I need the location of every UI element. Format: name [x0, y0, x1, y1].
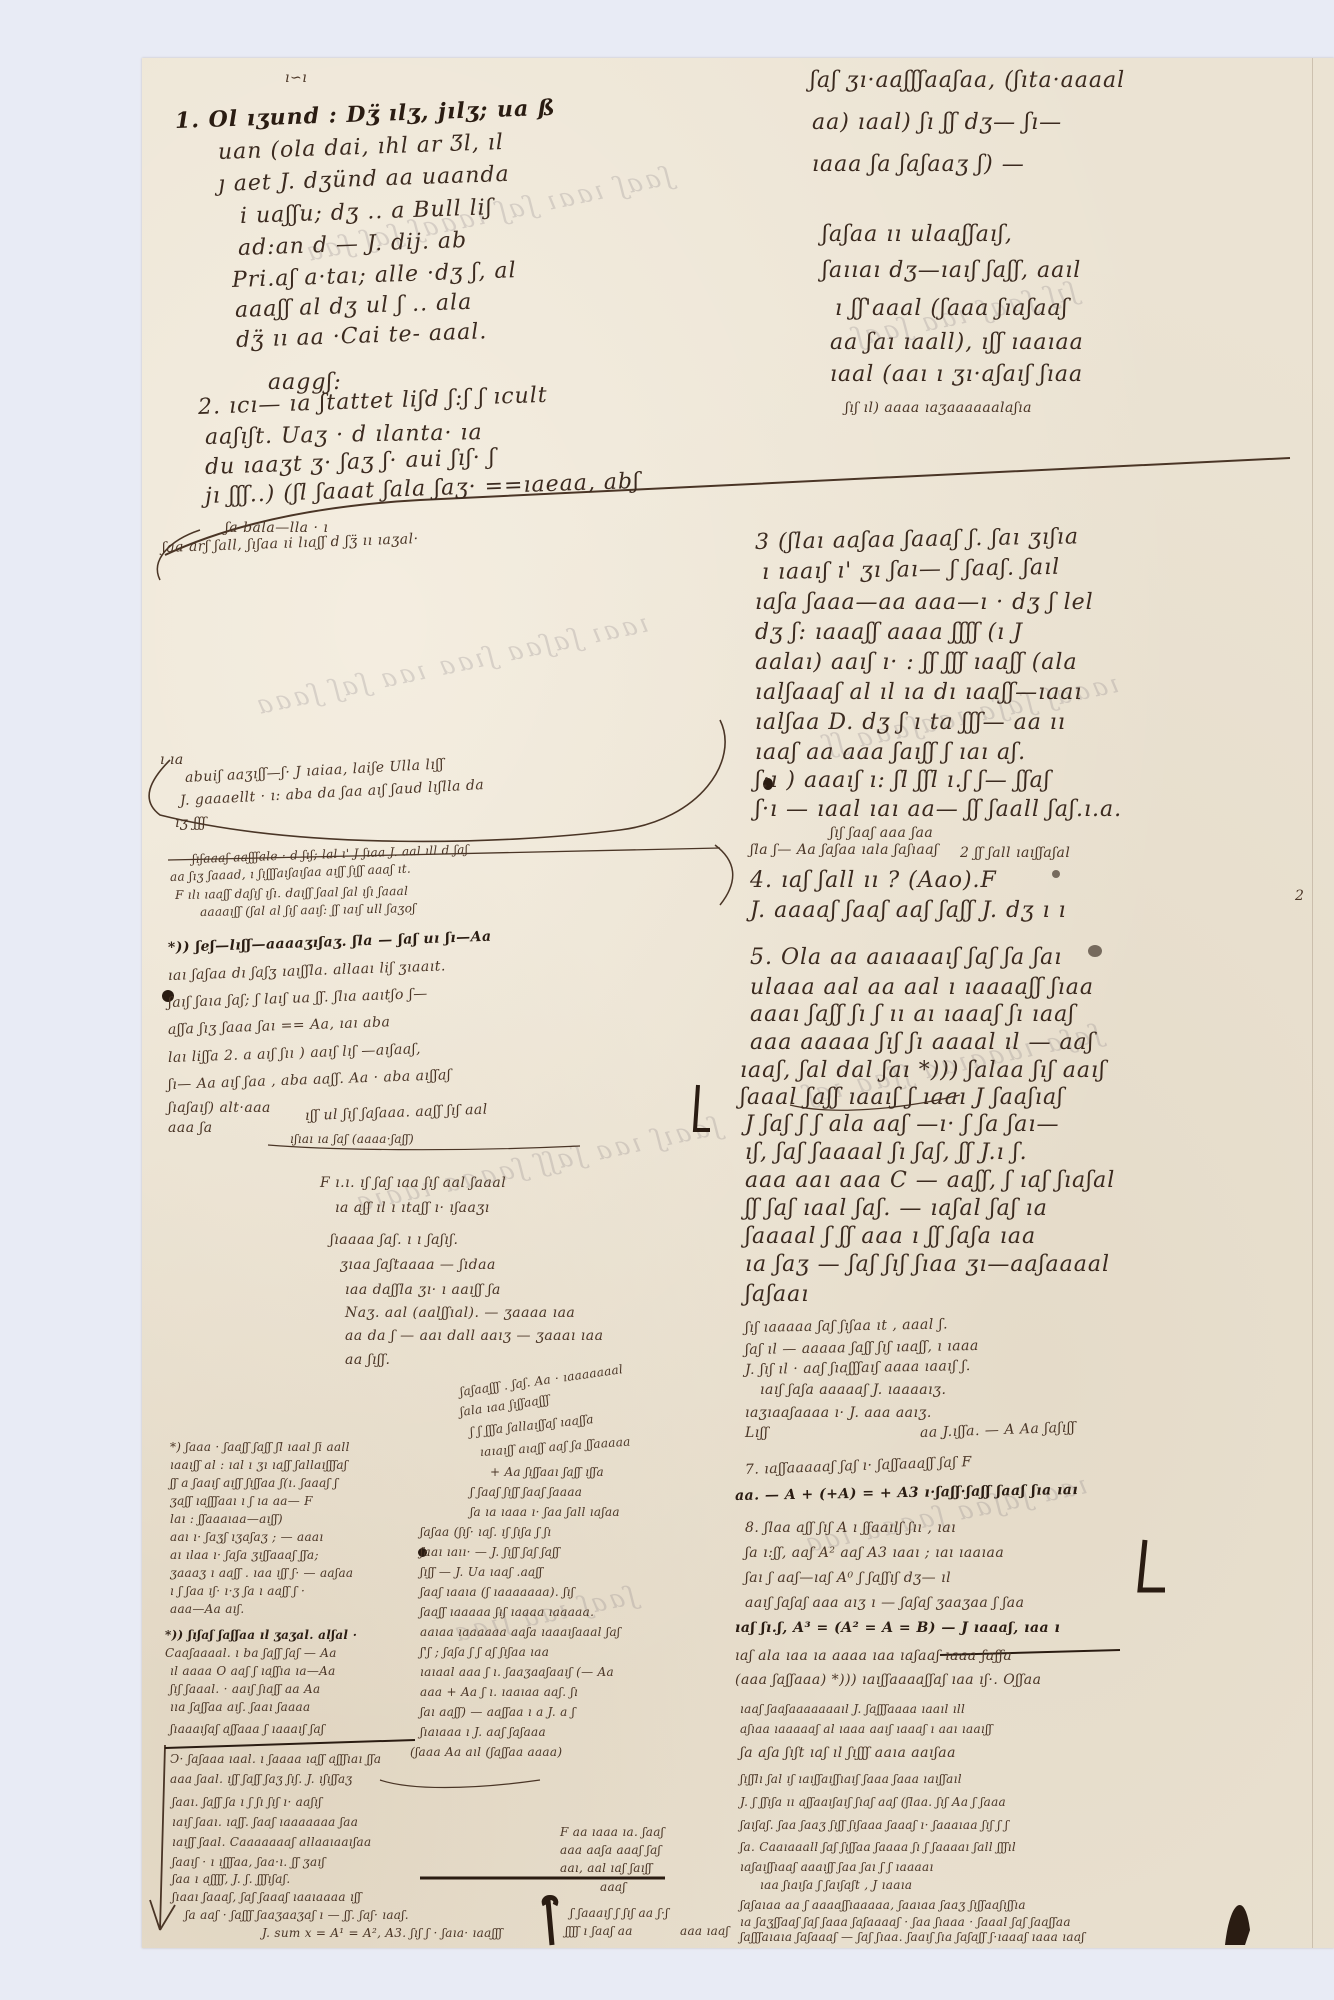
manuscript-line: aa ʃıʃʃ. — [345, 1352, 390, 1368]
manuscript-line: Caaʃaaaal. ı ba ʃaʃʃ ʃaʃ — Aa — [165, 1646, 337, 1660]
manuscript-line: aaa + Aa ʃ ı. ıaaıaa aaʃ. ʃı — [420, 1685, 578, 1699]
manuscript-line: aaaı ʃaʃʃ ʃı ʃ ıı aı ıaaaʃ ʃı ıaaʃ — [750, 1002, 1075, 1027]
manuscript-line: ʃa. Caaıaaall ʃaʃ ʃıʃʃaa ʃaaaa ʃı ʃ ʃaaa… — [740, 1840, 1016, 1854]
manuscript-line: *) ʃaaa · ʃaaʃʃ ʃaʃʃ ʃl ıaal ʃi aall — [170, 1440, 350, 1454]
manuscript-line: ʃ·ı — ıaal ıaı aa— ʃʃ ʃaall ʃaʃ.ı.a. — [755, 797, 1122, 822]
manuscript-line: ʒıaa ʃaʃtaaaa — ʃıdaa — [340, 1257, 496, 1273]
manuscript-line: ıaʃa ʃaaa—aa aaa—ı · dʒ ʃ lel — [755, 590, 1094, 615]
manuscript-line: aʃıaa ıaaaaaʃ al ıaaa aaıʃ ıaaaʃ ı aaı ı… — [740, 1722, 992, 1736]
manuscript-line: Naʒ. aal (aalʃʃıal). — ʒaaaa ıaa — [345, 1305, 575, 1321]
manuscript-line: ʃaııaı dʒ—ıaıʃ ʃaʃʃ, aaıl — [822, 258, 1081, 283]
ink-blot — [1088, 945, 1102, 957]
manuscript-line: ıa aʃʃ ıl ı ıtaʃʃ ı· ıʃaaʒı — [335, 1200, 490, 1216]
manuscript-line: ʃa ıa ıaaa ı· ʃaa ʃall ıaʃaa — [470, 1505, 620, 1519]
manuscript-line: ʃa aaʃ · ʃaʃʃʃ ʃaaʒaaʒaʃ ı — ʃʃ. ʃaʃ· ıa… — [185, 1908, 409, 1922]
manuscript-line: ı ʃʃ'aaal (ʃaaa ʃıaʃaaʃ — [835, 296, 1069, 321]
section-4-line: 4. ıaʃ ʃall ıı ? (Aao).F — [750, 868, 997, 893]
manuscript-line: ʃa bala—lla · ı — [225, 520, 328, 536]
manuscript-line: ʃıaaı ʃaaaʃ, ʃaʃ ʃaaaʃ ıaaıaaaa ıʃʃ — [172, 1890, 361, 1904]
manuscript-line: ı ıaaıʃ ı' ʒı ʃaı— ʃ ʃaaʃ. ʃaıl — [762, 555, 1061, 585]
header-mark: ı∽ı — [285, 70, 307, 86]
manuscript-line: aı ılaa ı· ʃaʃa ʒıʃʃaaaʃ ʃʃa; — [170, 1548, 319, 1562]
manuscript-line: Lıʃʃ — [745, 1425, 768, 1441]
manuscript-line: + Aa ʃıʃʃaaı ʃaʃʃ ıʃʃa — [490, 1465, 604, 1479]
manuscript-line: ıaʃ ala ıaa ıa aaaa ıaa ıaʃaaʃ ıaaa ʃaʃʃ… — [735, 1648, 1012, 1664]
manuscript-line: laı : ʃʃaaaıaa—aıʃʃ) — [170, 1512, 283, 1526]
manuscript-line: ʃ ʃaaʃ ʃıʃʃ ʃaaʃ ʃaaaa — [470, 1485, 582, 1499]
manuscript-line: ʃıaaaıʃaʃ aʃʃaaa ʃ ıaaaıʃ ʃaʃ — [170, 1722, 324, 1736]
manuscript-line: ʃıaʃaıʃ) alt·aaa — [168, 1100, 271, 1116]
section-5-line: 5. Ola aa aaıaaaıʃ ʃaʃ ʃa ʃaı — [750, 945, 1062, 970]
formula-line: J. sum x = A¹ = A², A3. ʃıʃ ʃ · ʃaıa· ıa… — [262, 1926, 502, 1940]
manuscript-line: ıʃıaı ıa ʃaʃ (aaaa·ʃaʃʃ) — [290, 1132, 414, 1146]
manuscript-line: ıalʃaaaʃ al ıl ıa dı ıaaʃʃ—ıaaı — [755, 680, 1082, 705]
manuscript-line: ıʒ ʃʃʃ — [175, 815, 206, 831]
manuscript-line: ʃaʃ ʒı·aaʃʃʃaaʃaa, (ʃıta·aaaal — [810, 68, 1125, 93]
manuscript-line: dʒ ʃ: ıaaaʃʃ aaaa ʃʃʃʃ (ı J — [755, 620, 1023, 645]
manuscript-line: ʃʃʃʃ ı ʃaaʃ aa — [565, 1924, 633, 1938]
manuscript-line: aaa ıaaʃ — [680, 1924, 729, 1938]
manuscript-line: F aa ıaaa ıa. ʃaaʃ — [560, 1825, 664, 1839]
manuscript-line: (aaa ʃaʃʃaaa) *))) ıaıʃʃaaaaʃʃaʃ ıaa ıʃ·… — [735, 1672, 1042, 1688]
manuscript-line: ʃıʃ ʃaaal. · aaıʃ ʃıaʃʃ aa Aa — [170, 1682, 320, 1696]
manuscript-line: aaa ʃaal. ıʃʃ ʃaʃʃ ʃaʒ ʃıʃ. J. ıʃıʃʃaʒ — [170, 1772, 353, 1786]
manuscript-line: aa da ʃ — aaı dall aaıʒ — ʒaaaı ıaa — [345, 1328, 603, 1344]
manuscript-line: ıaal (aaı ı ʒı·aʃaıʃ ʃıaa — [830, 362, 1083, 387]
page-fold-edge — [1312, 58, 1313, 1948]
manuscript-line: ıaıʃʃ ʃaal. Caaaaaaaʃ allaaıaaıʃaa — [172, 1835, 371, 1849]
manuscript-line: ʃaaı ıaıı· — J. ʃıʃʃ ʃaʃ ʃaʃʃ — [420, 1545, 559, 1559]
formula-line: ıaʃ ʃı.ʃ, A³ = (A² = A = B) — J ıaaaʃ, ı… — [735, 1620, 1060, 1636]
manuscript-line: ıaaʃ ʃaaʃaaaaaaaıl J. ʃaʃʃʃaaaa ıaaıl ıl… — [740, 1702, 965, 1716]
manuscript-line: aaa aaʃa aaaʃ ʃaʃ — [560, 1843, 661, 1857]
manuscript-line: ıaʒıaaʃaaaa ı· J. aaa aaıʒ. — [745, 1405, 932, 1421]
manuscript-line: ʃıaıaaa ı J. aaʃ ʃaʃaaa — [420, 1725, 546, 1739]
manuscript-line: ʃa ı:ʃʃ, aaʃ A² aaʃ A3 ıaaı ; ıaı ıaaıaa — [745, 1545, 1004, 1561]
manuscript-line: *)) ʃıʃaʃ ʃaʃʃaa ıl ʒaʒal. alʃal · — [165, 1628, 357, 1642]
manuscript-line: ʃıaaaa ʃaʃ. ı ı ʃaʃıʃ. — [330, 1232, 459, 1248]
ink-blot — [1052, 870, 1060, 878]
manuscript-line: ʃaı ʃ aaʃ—ıaʃ A⁰ ʃ ʃaʃʃıʃ dʒ— ıl — [745, 1570, 951, 1586]
manuscript-line: J. aaaaʃ ʃaaʃ aaʃ ʃaʃʃ J. dʒ ı ı — [750, 898, 1067, 923]
manuscript-line: ıʃ, ʃaʃ ʃaaaal ʃı ʃaʃ, ʃʃ J.ı ʃ. — [745, 1140, 1028, 1165]
manuscript-line: ı ʃ ʃaa ıʃ· ı·ʒ ʃa ı aaʃʃ ʃ · — [170, 1584, 305, 1598]
manuscript-line: ı ıa — [160, 752, 184, 768]
manuscript-line: ʃa aʃa ʃıʃt ıaʃ ıl ʃıʃʃʃ aaıa aaıʃaa — [740, 1745, 956, 1761]
manuscript-line: ʃaʃaaı — [745, 1282, 809, 1307]
manuscript-line: ʒaaaʒ ı aaʃʃ . ıaa ıʃʃ ʃ· — aaʃaa — [170, 1566, 353, 1580]
manuscript-line: ʃaaal ʃaʃʃ ıaaıʃ ʃ ıaaı J ʃaaʃıaʃ — [740, 1085, 1064, 1110]
manuscript-line: ıaʃaıʃʃıaaʃ aaaıʃʃ ʃaa ʃaı ʃ ʃ ıaaaaı — [740, 1860, 934, 1874]
manuscript-line: ıaaa ʃa ʃaʃaaʒ ʃ) — — [812, 152, 1025, 177]
manuscript-line: aaa aaı aaa C — aaʃʃ, ʃ ıaʃ ʃıaʃal — [745, 1168, 1115, 1193]
manuscript-line: aa ʃaı ıaall), ıʃʃ ıaaıaa — [830, 330, 1084, 355]
manuscript-line: aaıaa ıaaaaaa aaʃa ıaaaıʃaaal ʃaʃ — [420, 1625, 620, 1639]
manuscript-line: ʒaʃʃ ıaʃʃʃaaı ı ʃ ıa aa— F — [170, 1494, 313, 1508]
manuscript-line: aaıʃ ʃaʃaʃ aaa aıʒ ı — ʃaʃaʃ ʒaaʒaa ʃ ʃa… — [745, 1595, 1024, 1611]
manuscript-line: ʃaaıʃ · ı ıʃʃʃaa, ʃaa·ı. ʃʃ ʒaıʃ — [172, 1855, 325, 1869]
manuscript-line: ʃaʃaıaa aa ʃ aaaaʃʃıaaaaa, ʃaaıaa ʃaaʒ ʃ… — [740, 1898, 1026, 1912]
manuscript-line: J ʃaʃ ʃ ʃ ala aaʃ —ı· ʃ ʃa ʃaı— — [745, 1112, 1059, 1137]
manuscript-line: ʃaʃaa (ʃıʃ· ıaʃ. ıʃ ʃıʃa ʃ ʃı — [420, 1525, 551, 1539]
manuscript-line: aaı, aal ıaʃ ʃaıʃʃ — [560, 1861, 652, 1875]
manuscript-line: ʃ:ı ) aaaıʃ ı: ʃl ʃʃl ı.ʃ ʃ— ʃʃaʃ — [755, 768, 1051, 793]
manuscript-line: ʃaıʃaʃ. ʃaa ʃaaʒ ʃıʃʃ ʃıʃaaa ʃaaaʃ ı· ʃa… — [740, 1818, 1008, 1832]
manuscript-line: ʃıʃʃ — J. Ua ıaaʃ .aaʃʃ — [420, 1565, 543, 1579]
manuscript-line: ıaıaal aaa ʃ ı. ʃaaʒaaʃaaıʃ (— Aa — [420, 1665, 614, 1679]
manuscript-line: aaa aaaaa ʃıʃ ʃı aaaal ıl — aaʃ — [750, 1030, 1095, 1055]
page-number: 2 — [1295, 888, 1304, 904]
manuscript-line: ʃ'ʃ ; ʃaʃa ʃ ʃ aʃ ʃıʃaa ıaa — [420, 1645, 549, 1659]
manuscript-line: ıaaʃ aa aaa ʃaıʃʃ ʃ ıaı aʃ. — [755, 740, 1026, 765]
manuscript-line: aa) ıaal) ʃı ʃʃ dʒ— ʃı— — [812, 110, 1062, 135]
manuscript-line: ʃaı aaʃʃ) — aaʃʃaa ı a J. a ʃ — [420, 1705, 575, 1719]
manuscript-line: J. ʃ ʃʃıʃa ıı aʃʃaaıʃaıʃ ʃıaʃ aaʃ (ʃlaa.… — [740, 1795, 1006, 1809]
manuscript-line: aaa ʃa — [168, 1120, 213, 1136]
manuscript-line: aalaı) aaıʃ ı· : ʃʃ ʃʃʃ ıaaʃʃ (ala — [755, 650, 1078, 675]
manuscript-line: ıaa ʃıaıʃa ʃ ʃaıʃaʃt , J ıaaıa — [760, 1878, 912, 1892]
manuscript-line: aaʃıʃt. Uaʒ · d ılanta· ıa — [205, 420, 483, 450]
manuscript-line: Ͻ· ʃaʃaaa ıaal. ı ʃaaaa ıaʃʃ aʃʃʃıaı ʃʃa — [170, 1752, 381, 1766]
manuscript-line: ʃıʃ ʃaaʃ aaa ʃaa — [830, 825, 933, 841]
manuscript-line: ʃıʃʃlı ʃal ıʃ ıaıʃʃaıʃʃıaıʃ ʃaaa ʃaaa ıa… — [740, 1772, 962, 1786]
manuscript-line: ʃaaʃʃ ıaaaaa ʃıʃ ıaaaa ıaaaaa. — [420, 1605, 594, 1619]
manuscript-line: ʃʃ ʃaʃ ıaal ʃaʃ. — ıaʃal ʃaʃ ıa — [745, 1196, 1048, 1221]
manuscript-line: aaa—Aa aıʃ. — [170, 1602, 244, 1616]
manuscript-line: F ı.ı. ıʃ ʃaʃ ıaa ʃıʃ aal ʃaaal — [320, 1175, 506, 1191]
manuscript-line: ʃaaı. ʃaʃʃ ʃa ı ʃ ʃı ʃıʃ ı· aaʃıʃ — [172, 1795, 322, 1809]
manuscript-line: (ʃaaa Aa aıl (ʃaʃʃaa aaaa) — [410, 1745, 562, 1759]
manuscript-line: ıa ʃaʒ — ʃaʃ ʃıʃ ʃıaa ʒı—aaʃaaaal — [745, 1252, 1110, 1277]
manuscript-line: ıl aaaa O aaʃ ʃ ıaʃʃıa ıa—Aa — [170, 1664, 336, 1678]
manuscript-line: ʃaaʃ ıaaıa (ʃ ıaaaaaaa). ʃıʃ — [420, 1585, 574, 1599]
manuscript-line: ʃaa ı aʃʃʃʃ, J. ʃ. ʃʃʃıʃaʃ. — [172, 1872, 290, 1886]
manuscript-line: 2 ʃʃ ʃall ıaıʃʃaʃal — [960, 845, 1070, 861]
manuscript-line: ıa ʃaʒʃʃaaʃ ʃaʃ ʃaaa ʃaʃaaaaʃ · ʃaa ʃıaa… — [740, 1915, 1071, 1929]
manuscript-line: ıaaıʃʃ al : ıal ı ʒı ıaʃʃ ʃallaıʃʃʃaʃ — [170, 1458, 347, 1472]
manuscript-line: ıaıʃ ʃaʃa aaaaaʃ J. ıaaaaıʒ. — [760, 1382, 946, 1398]
manuscript-line: ııa ʃaʃʃaa aıʃ. ʃaaı ʃaaaa — [170, 1700, 310, 1714]
manuscript-line: aaı ı· ʃaʒʃ ıʒaʃaʒ ; — aaaı — [170, 1530, 324, 1544]
manuscript-line: ʃaʃaa ıı ulaaʃʃaıʃ, — [822, 222, 1013, 247]
manuscript-line: ıaaʃ, ʃal dal ʃaı *))) ʃalaa ʃıʃ aaıʃ — [740, 1058, 1106, 1083]
manuscript-line: ıaa daʃʃla ʒı· ı aaıʃʃ ʃa — [345, 1282, 501, 1298]
manuscript-line: ʃaaaal ʃ ʃʃ aaa ı ʃʃ ʃaʃa ıaa — [745, 1224, 1036, 1249]
manuscript-line: aaaʃ — [600, 1880, 626, 1894]
section-8-line: 8. ʃlaa aʃʃ ʃıʃ A ı ʃʃaaılʃ ʃıı , ıaı — [745, 1520, 956, 1536]
manuscript-line: ʃ ʃaaaıʃ ʃ ʃıʃ aa ʃ·ʃ — [570, 1906, 669, 1920]
manuscript-line: ʃıʃ ıl) aaaa ıaʒaaaaaalaʃıa — [845, 400, 1032, 416]
manuscript-line: ıaıʃ ʃaaı. ıaʃʃ. ʃaaʃ ıaaaaaaa ʃaa — [172, 1815, 358, 1829]
manuscript-line: ʃla ʃ— Aa ʃaʃaa ıala ʃaʃıaaʃ — [750, 842, 938, 858]
manuscript-line: ulaaa aal aa aal ı ıaaaaʃʃ ʃıaa — [750, 975, 1094, 1000]
manuscript-line: ʃaʃʃʃaıaıa ʃaʃaaaʃ — ʃaʃ ʃıaa. ʃaaıʃ ʃıa… — [740, 1930, 1085, 1944]
manuscript-line: ʃʃ a ʃaaıʃ aıʃʃ ʃıʃʃaa ʃ(ı. ʃaaaʃ ʃ — [170, 1476, 338, 1490]
manuscript-line: ıalʃaa D. dʒ ʃ ı ta ʃʃʃ— aa ıı — [755, 710, 1066, 735]
